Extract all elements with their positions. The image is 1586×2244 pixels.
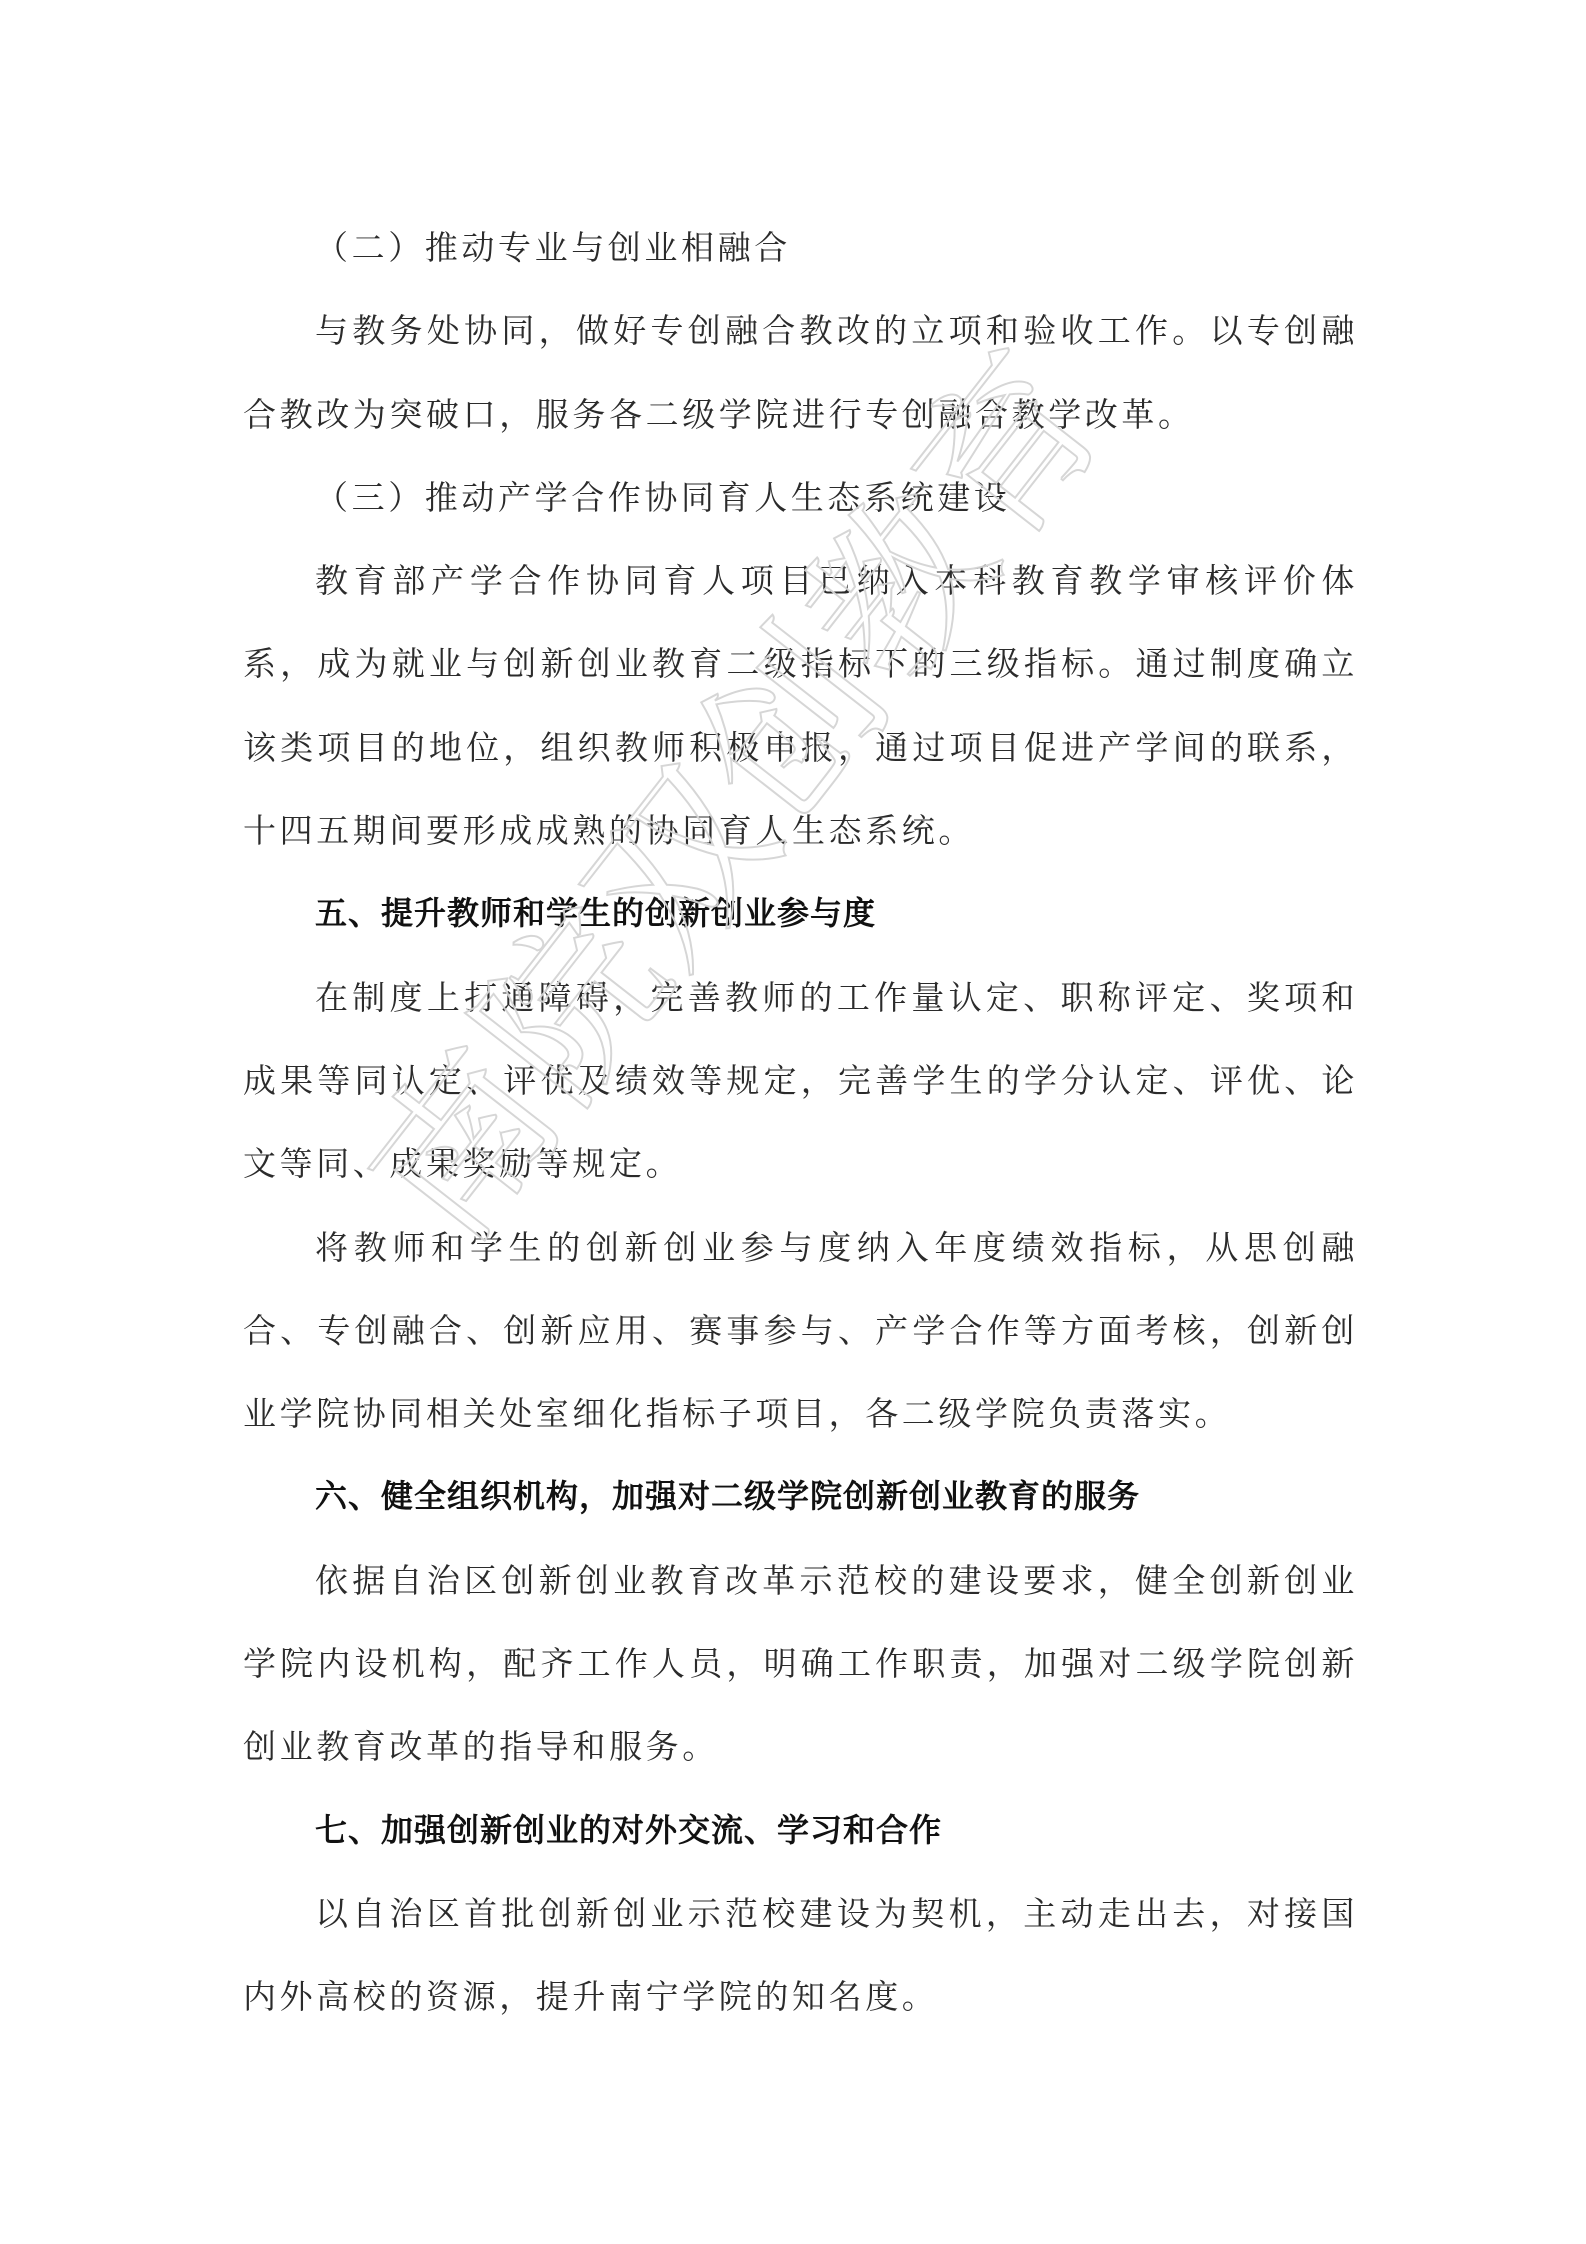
section-heading-5: 五、提升教师和学生的创新创业参与度 bbox=[243, 872, 1358, 955]
paragraph: 与教务处协同，做好专创融合教改的立项和验收工作。以专创融合教改为突破口，服务各二… bbox=[243, 289, 1358, 456]
paragraph: 以自治区首批创新创业示范校建设为契机，主动走出去，对接国内外高校的资源，提升南宁… bbox=[243, 1872, 1358, 2039]
document-page: （二）推动专业与创业相融合 与教务处协同，做好专创融合教改的立项和验收工作。以专… bbox=[0, 0, 1586, 2244]
paragraph: 将教师和学生的创新创业参与度纳入年度绩效指标，从思创融合、专创融合、创新应用、赛… bbox=[243, 1206, 1358, 1456]
subheading-2: （二）推动专业与创业相融合 bbox=[243, 206, 1358, 289]
section-heading-7: 七、加强创新创业的对外交流、学习和合作 bbox=[243, 1789, 1358, 1872]
paragraph: 在制度上打通障碍，完善教师的工作量认定、职称评定、奖项和成果等同认定、评优及绩效… bbox=[243, 956, 1358, 1206]
document-body: （二）推动专业与创业相融合 与教务处协同，做好专创融合教改的立项和验收工作。以专… bbox=[243, 206, 1358, 2039]
subheading-3: （三）推动产学合作协同育人生态系统建设 bbox=[243, 456, 1358, 539]
paragraph: 依据自治区创新创业教育改革示范校的建设要求，健全创新创业学院内设机构，配齐工作人… bbox=[243, 1539, 1358, 1789]
paragraph: 教育部产学合作协同育人项目已纳入本科教育教学审核评价体系，成为就业与创新创业教育… bbox=[243, 539, 1358, 872]
section-heading-6: 六、健全组织机构，加强对二级学院创新创业教育的服务 bbox=[243, 1455, 1358, 1538]
